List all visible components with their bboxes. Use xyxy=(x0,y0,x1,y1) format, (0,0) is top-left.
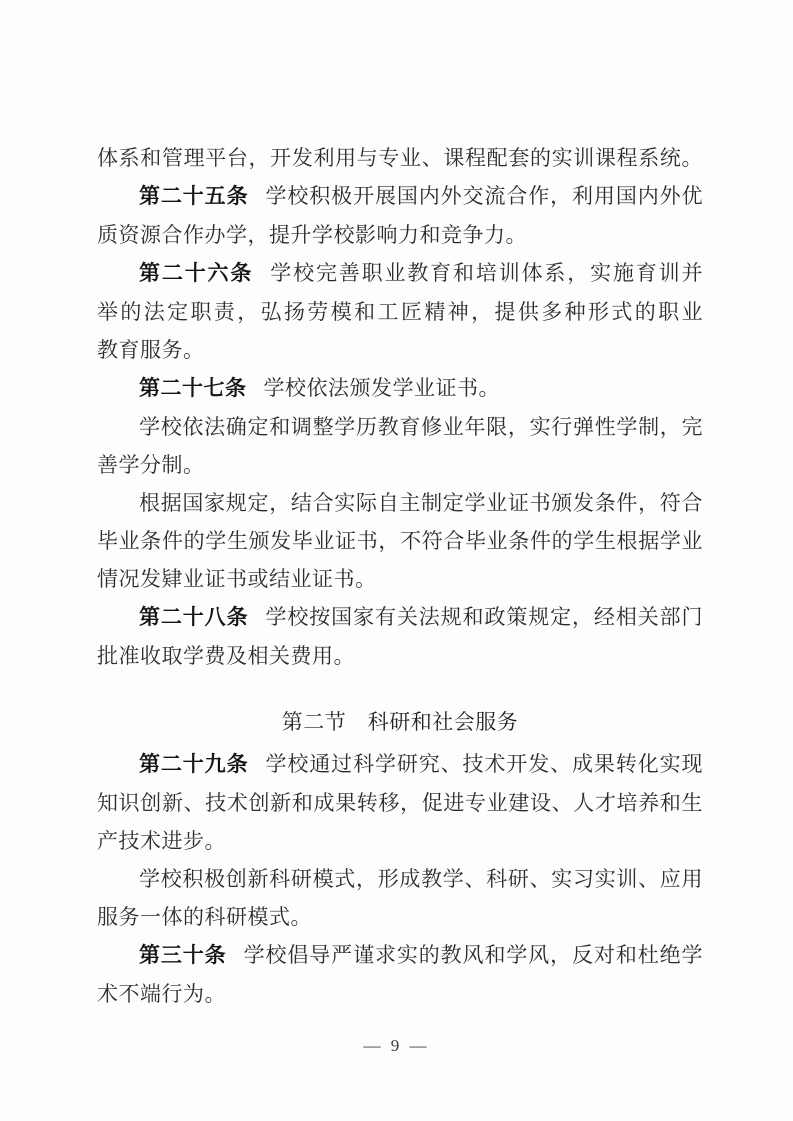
text-line: 学校积极创新科研模式，形成教学、科研、实习实训、应用 xyxy=(97,860,703,898)
text-line: 第二十五条学校积极开展国内外交流合作，利用国内外优 xyxy=(97,177,703,216)
article-number: 第二十九条 xyxy=(139,753,248,776)
text-line: 第三十条学校倡导严谨求实的教风和学风，反对和杜绝学 xyxy=(97,936,703,975)
line-text: 知识创新、技术创新和成果转移，促进专业建设、人才培养和生 xyxy=(97,791,703,815)
line-text: 学校积极开展国内外交流合作，利用国内外优 xyxy=(265,184,703,208)
line-text: 学校依法确定和调整学历教育修业年限，实行弹性学制，完 xyxy=(139,415,703,439)
text-line: 知识创新、技术创新和成果转移，促进专业建设、人才培养和生 xyxy=(97,784,703,822)
text-line: 第二十九条学校通过科学研究、技术开发、成果转化实现 xyxy=(97,745,703,784)
text-line: 情况发肄业证书或结业证书。 xyxy=(97,560,703,598)
article-number: 第二十七条 xyxy=(139,377,247,400)
text-line: 服务一体的科研模式。 xyxy=(97,898,703,936)
text-line: 善学分制。 xyxy=(97,446,703,484)
line-text: 毕业条件的学生颁发毕业证书，不符合毕业条件的学生根据学业 xyxy=(97,529,703,553)
line-text: 产技术进步。 xyxy=(97,829,226,853)
text-line: 第二十八条学校按国家有关法规和政策规定，经相关部门 xyxy=(97,598,703,637)
text-line: 产技术进步。 xyxy=(97,822,703,860)
article-number: 第二十六条 xyxy=(139,262,253,285)
line-text: 体系和管理平台，开发利用与专业、课程配套的实训课程系统。 xyxy=(97,146,703,170)
line-text: 善学分制。 xyxy=(97,453,205,477)
line-text: 举的法定职责，弘扬劳模和工匠精神，提供多种形式的职业 xyxy=(97,300,703,324)
line-text: 服务一体的科研模式。 xyxy=(97,905,312,929)
line-text: 学校依法颁发学业证书。 xyxy=(264,376,501,400)
text-line: 教育服务。 xyxy=(97,331,703,369)
line-text: 术不端行为。 xyxy=(97,982,226,1006)
article-number: 第二十八条 xyxy=(139,606,248,629)
text-line: 第二十六条学校完善职业教育和培训体系，实施育训并 xyxy=(97,254,703,293)
text-line: 学校依法确定和调整学历教育修业年限，实行弹性学制，完 xyxy=(97,408,703,446)
line-text: 学校倡导严谨求实的教风和学风，反对和杜绝学 xyxy=(244,943,703,967)
line-text: 教育服务。 xyxy=(97,338,205,362)
article-number: 第二十五条 xyxy=(139,185,248,208)
line-text: 学校按国家有关法规和政策规定，经相关部门 xyxy=(265,605,703,629)
page-number: — 9 — xyxy=(0,1036,793,1056)
text-line: 举的法定职责，弘扬劳模和工匠精神，提供多种形式的职业 xyxy=(97,293,703,331)
line-text: 情况发肄业证书或结业证书。 xyxy=(97,567,377,591)
text-line: 批准收取学费及相关费用。 xyxy=(97,637,703,675)
article-number: 第三十条 xyxy=(139,944,227,967)
document-page: 体系和管理平台，开发利用与专业、课程配套的实训课程系统。第二十五条学校积极开展国… xyxy=(0,0,793,1121)
line-text: 学校积极创新科研模式，形成教学、科研、实习实训、应用 xyxy=(139,867,703,891)
document-body: 体系和管理平台，开发利用与专业、课程配套的实训课程系统。第二十五条学校积极开展国… xyxy=(97,139,703,1013)
line-text: 批准收取学费及相关费用。 xyxy=(97,644,355,668)
line-text: 质资源合作办学，提升学校影响力和竞争力。 xyxy=(97,223,527,247)
text-line: 根据国家规定，结合实际自主制定学业证书颁发条件，符合 xyxy=(97,484,703,522)
line-text: 第二节 科研和社会服务 xyxy=(282,710,519,734)
line-text: 根据国家规定，结合实际自主制定学业证书颁发条件，符合 xyxy=(139,491,703,515)
section-heading: 第二节 科研和社会服务 xyxy=(97,703,703,741)
line-text: 学校完善职业教育和培训体系，实施育训并 xyxy=(270,261,703,285)
text-line: 第二十七条学校依法颁发学业证书。 xyxy=(97,369,703,408)
text-line: 毕业条件的学生颁发毕业证书，不符合毕业条件的学生根据学业 xyxy=(97,522,703,560)
text-line: 质资源合作办学，提升学校影响力和竞争力。 xyxy=(97,216,703,254)
text-line: 体系和管理平台，开发利用与专业、课程配套的实训课程系统。 xyxy=(97,139,703,177)
line-text: 学校通过科学研究、技术开发、成果转化实现 xyxy=(265,752,703,776)
text-line: 术不端行为。 xyxy=(97,975,703,1013)
